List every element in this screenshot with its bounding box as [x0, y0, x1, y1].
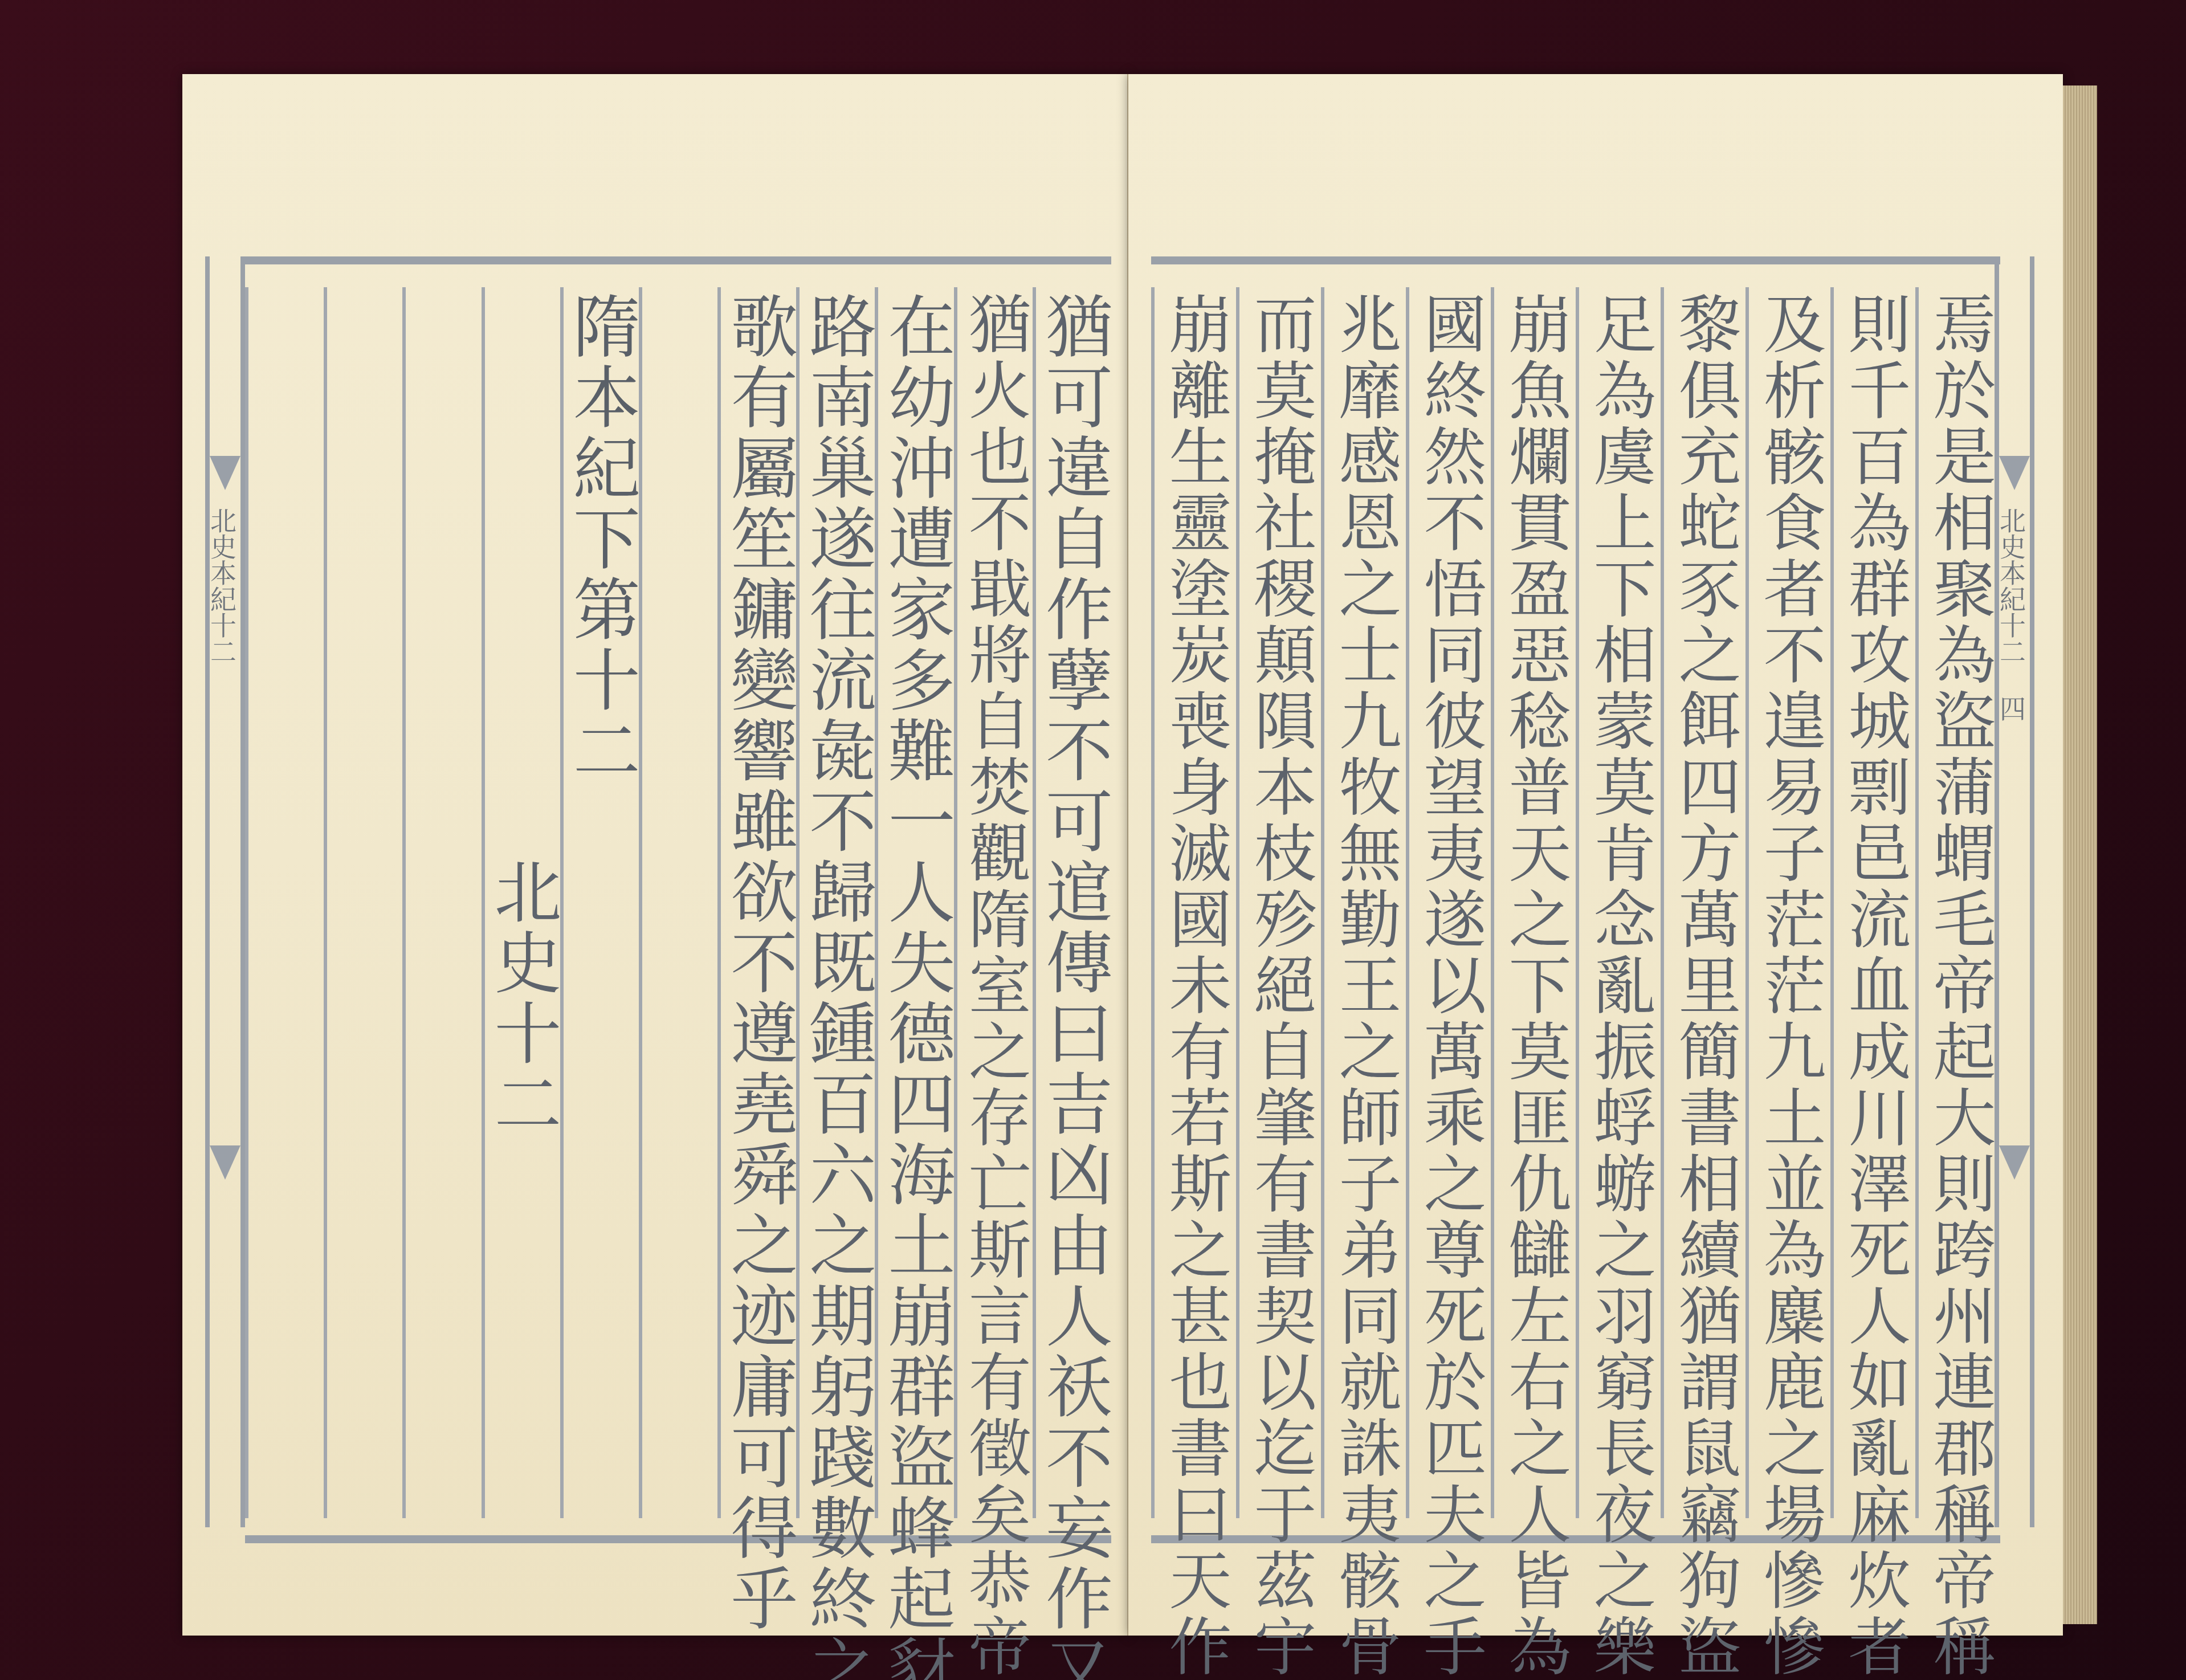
empty-column	[402, 287, 481, 1518]
text-column: 而莫掩社稷顛隕本枝殄絕自肇有書契以迄于茲宇宙	[1236, 287, 1321, 1518]
text-column: 及析骸食者不遑易子茫茫九土並為麋鹿之場慘慘黔	[1745, 287, 1830, 1518]
fish-tail-mark-icon	[1999, 1145, 2030, 1180]
text-column: 兆靡感恩之士九牧無勤王之師子弟同就誅夷骸骨棄	[1321, 287, 1406, 1518]
spacer-column	[639, 287, 717, 1518]
text-column: 則千百為群攻城剽邑流血成川澤死人如亂麻炊者不	[1830, 287, 1915, 1518]
page-stack-edge	[2063, 85, 2097, 1624]
fish-tail-mark-icon	[210, 456, 240, 490]
text-column: 猶可違自作孽不可逭傳曰吉凶由人祅不妄作又曰兵	[1033, 287, 1111, 1518]
text-column: 崩離生靈塗炭喪身滅國未有若斯之甚也書曰天作孼	[1151, 287, 1236, 1518]
text-column: 國終然不悟同彼望夷遂以萬乘之尊死於匹夫之手億	[1406, 287, 1491, 1518]
right-page-margin-banxin: 北史本紀十二 四	[1995, 256, 2034, 1527]
book-spread: 北史本紀十二 猶可違自作孽不可逭傳曰吉凶由人祅不妄作又曰兵 猶火也不戢將自焚觀隋…	[182, 74, 2063, 1636]
text-column: 在幼沖遭家多難一人失德四海土崩群盜蜂起豺狼塞	[875, 287, 953, 1518]
left-page-margin-banxin: 北史本紀十二	[205, 256, 245, 1527]
chapter-note-column: 北史十二	[482, 287, 560, 1518]
empty-column	[245, 287, 324, 1518]
text-column: 焉於是相聚為盜蒲蝟毛帝起大則跨州連郡稱帝稱王小	[1915, 287, 2000, 1518]
fish-tail-mark-icon	[1999, 456, 2030, 490]
left-text-frame: 猶可違自作孽不可逭傳曰吉凶由人祅不妄作又曰兵 猶火也不戢將自焚觀隋室之存亡斯言有…	[245, 256, 1111, 1543]
empty-column	[324, 287, 402, 1518]
banxin-label: 北史本紀十二	[210, 507, 240, 664]
text-column: 猶火也不戢將自焚觀隋室之存亡斯言有徵矣恭帝年	[954, 287, 1033, 1518]
chapter-end-note: 北史十二	[489, 287, 556, 1518]
chapter-end-title: 隋本紀下第十二	[568, 287, 635, 1518]
fish-tail-mark-icon	[210, 1145, 240, 1180]
right-page: 焉於是相聚為盜蒲蝟毛帝起大則跨州連郡稱帝稱王小 則千百為群攻城剽邑流血成川澤死人…	[1128, 74, 2063, 1636]
text-column: 黎俱充蛇豕之餌四方萬里簡書相續猶謂鼠竊狗盜不	[1661, 287, 1745, 1518]
chapter-end-column: 隋本紀下第十二	[560, 287, 639, 1518]
text-column: 歌有屬笙鏞變響雖欲不遵堯舜之迹庸可得乎	[717, 287, 796, 1518]
left-page: 北史本紀十二 猶可違自作孽不可逭傳曰吉凶由人祅不妄作又曰兵 猶火也不戢將自焚觀隋…	[182, 74, 1128, 1636]
right-text-frame: 焉於是相聚為盜蒲蝟毛帝起大則跨州連郡稱帝稱王小 則千百為群攻城剽邑流血成川澤死人…	[1151, 256, 2000, 1543]
text-column: 路南巢遂往流彘不歸既鍾百六之期躬踐數終之運謳	[796, 287, 875, 1518]
text-column: 足為虞上下相蒙莫肯念亂振蜉蝣之羽窮長夜之樂土	[1576, 287, 1661, 1518]
text-column: 崩魚爛貫盈惡稔普天之下莫匪仇讎左右之人皆為敵	[1491, 287, 1576, 1518]
banxin-label: 北史本紀十二 四	[1999, 507, 2030, 721]
